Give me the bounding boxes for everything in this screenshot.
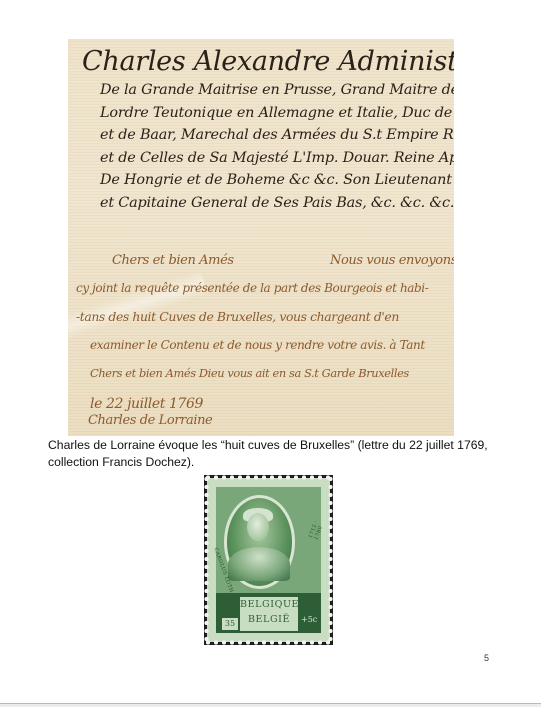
figure-caption: Charles de Lorraine évoque les “huit cuv… xyxy=(48,437,498,470)
stamp-country-fr: BELGIQUE xyxy=(240,597,298,612)
letter-heading-line: Lordre Teutonique en Allemagne et Italie… xyxy=(100,102,454,125)
stamp-country-nl: BELGIË xyxy=(240,612,298,627)
stamp-value: 35 xyxy=(222,618,238,630)
stamp-perforation xyxy=(328,475,333,645)
page-number: 5 xyxy=(484,653,489,663)
letter-heading-line: De la Grande Maitrise en Prusse, Grand M… xyxy=(100,79,454,102)
letter-heading-line: De Hongrie et de Boheme &c &c. Son Lieut… xyxy=(100,169,454,192)
letter-image: Charles Alexandre Administrateur De la G… xyxy=(68,39,454,436)
stamp-perforation xyxy=(204,475,209,645)
letter-heading-line: et Capitaine General de Ses Pais Bas, &c… xyxy=(100,192,454,215)
stamp-image: CAROLUS LOTHARINGUS 1712 - 1780 BELGIQUE… xyxy=(204,475,333,645)
letter-heading-line: et de Baar, Marechal des Armées du S.t E… xyxy=(100,124,454,147)
stamp-perforation xyxy=(204,475,333,480)
letter-title: Charles Alexandre Administrateur xyxy=(82,45,454,79)
letter-printed-heading: Charles Alexandre Administrateur De la G… xyxy=(82,45,454,215)
handwritten-salutation: Chers et bien Amés xyxy=(112,253,234,268)
handwritten-line: examiner le Contenu et de nous y rendre … xyxy=(90,338,425,352)
handwritten-line: -tans des huit Cuves de Bruxelles, vous … xyxy=(76,309,399,324)
stamp-country-label: BELGIQUE BELGIË xyxy=(240,597,298,631)
letter-heading-line: et de Celles de Sa Majesté L'Imp. Douar.… xyxy=(100,147,454,170)
stamp-portrait-face xyxy=(247,513,269,541)
stamp-surcharge: +5c xyxy=(301,615,317,624)
stamp-portrait-bust xyxy=(228,547,290,581)
handwritten-line: cy joint la requête présentée de la part… xyxy=(76,281,428,295)
handwritten-opening: Nous vous envoyons xyxy=(330,253,454,268)
document-page: Charles Alexandre Administrateur De la G… xyxy=(0,0,541,703)
handwritten-date: le 22 juillet 1769 xyxy=(90,396,203,412)
stamp-perforation xyxy=(204,640,333,645)
handwritten-line: Chers et bien Amés Dieu vous ait en sa S… xyxy=(90,366,409,380)
handwritten-signature: Charles de Lorraine xyxy=(88,413,212,428)
